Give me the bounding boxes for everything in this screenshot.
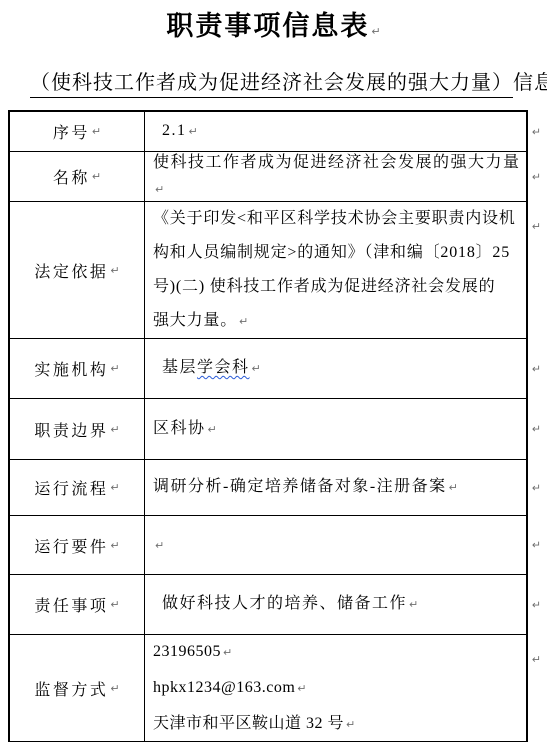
row-content: ↵ <box>145 516 526 574</box>
row-label-text: 序号 <box>53 120 90 143</box>
row-content: 《关于印发<和平区科学技术协会主要职责内设机 构和人员编制规定>的通知》（津和编… <box>145 202 526 338</box>
row-label-text: 职责边界 <box>34 418 108 441</box>
paragraph-mark: ↵ <box>409 598 418 611</box>
row-content: 使科技工作者成为促进经济社会发展的强大力量↵ <box>145 152 526 201</box>
table-row: 运行要件↵↵↵ <box>10 515 526 574</box>
row-content: 区科协↵ <box>145 399 526 459</box>
content-text: 23196505 <box>153 643 221 660</box>
subtitle-underlined-text: （使科技工作者成为促进经济社会发展的强大力量） <box>30 72 513 98</box>
row-label-text: 监督方式 <box>34 677 108 700</box>
row-end-paragraph-mark: ↵ <box>532 598 541 611</box>
content-line: 基层学会科↵ <box>153 355 522 382</box>
content-text-spellcheck-flagged: 学会科 <box>197 359 250 376</box>
row-end-paragraph-mark: ↵ <box>532 362 541 375</box>
content-line: 《关于印发<和平区科学技术协会主要职责内设机 构和人员编制规定>的通知》（津和编… <box>153 202 522 338</box>
info-table: 序号↵2.1↵↵名称↵使科技工作者成为促进经济社会发展的强大力量↵↵法定依据↵《… <box>8 110 528 742</box>
row-label: 运行流程↵ <box>10 460 145 515</box>
table-row: 序号↵2.1↵↵ <box>10 112 526 151</box>
content-line: 区科协↵ <box>153 416 522 443</box>
content-text: 调研分析-确定培养储备对象-注册备案 <box>153 478 447 495</box>
row-label: 监督方式↵ <box>10 635 145 741</box>
paragraph-mark: ↵ <box>110 423 119 436</box>
content-text: hpkx1234@163.com <box>153 679 295 696</box>
row-content: 基层学会科↵ <box>145 339 526 398</box>
content-line: 23196505↵ <box>153 635 522 670</box>
content-text: 《关于印发<和平区科学技术协会主要职责内设机 构和人员编制规定>的通知》（津和编… <box>153 210 516 329</box>
table-row: 职责边界↵区科协↵↵ <box>10 398 526 459</box>
content-line: 做好科技人才的培养、储备工作↵ <box>153 591 522 618</box>
paragraph-mark: ↵ <box>449 481 458 494</box>
row-label-text: 名称 <box>53 165 90 188</box>
paragraph-mark: ↵ <box>110 598 119 611</box>
table-row: 监督方式↵23196505↵hpkx1234@163.com↵天津市和平区鞍山道… <box>10 634 526 741</box>
content-line: ↵ <box>153 532 522 559</box>
row-end-paragraph-mark: ↵ <box>532 220 541 233</box>
content-text: 2.1 <box>162 122 187 139</box>
paragraph-mark: ↵ <box>110 682 119 695</box>
row-label-text: 责任事项 <box>34 593 108 616</box>
row-content: 调研分析-确定培养储备对象-注册备案↵ <box>145 460 526 515</box>
row-content: 23196505↵hpkx1234@163.com↵天津市和平区鞍山道 32 号… <box>145 635 526 741</box>
table-zone: 序号↵2.1↵↵名称↵使科技工作者成为促进经济社会发展的强大力量↵↵法定依据↵《… <box>8 110 528 742</box>
row-label: 实施机构↵ <box>10 339 145 398</box>
paragraph-mark: ↵ <box>208 423 217 436</box>
row-label: 责任事项↵ <box>10 575 145 634</box>
paragraph-mark: ↵ <box>110 362 119 375</box>
paragraph-mark: ↵ <box>92 125 101 138</box>
table-row: 法定依据↵《关于印发<和平区科学技术协会主要职责内设机 构和人员编制规定>的通知… <box>10 201 526 338</box>
paragraph-mark: ↵ <box>371 25 380 38</box>
row-label-text: 运行流程 <box>34 476 108 499</box>
row-end-paragraph-mark: ↵ <box>532 653 541 666</box>
row-label: 名称↵ <box>10 152 145 201</box>
paragraph-mark: ↵ <box>189 125 198 138</box>
table-row: 运行流程↵调研分析-确定培养储备对象-注册备案↵↵ <box>10 459 526 515</box>
row-label-text: 运行要件 <box>34 534 108 557</box>
content-text: 使科技工作者成为促进经济社会发展的强大力量 <box>153 154 521 171</box>
row-label: 职责边界↵ <box>10 399 145 459</box>
content-line: 调研分析-确定培养储备对象-注册备案↵ <box>153 474 522 501</box>
paragraph-mark: ↵ <box>92 170 101 183</box>
row-end-paragraph-mark: ↵ <box>532 125 541 138</box>
paragraph-mark: ↵ <box>239 315 248 328</box>
row-label: 运行要件↵ <box>10 516 145 574</box>
table-row: 名称↵使科技工作者成为促进经济社会发展的强大力量↵↵ <box>10 151 526 201</box>
paragraph-mark: ↵ <box>110 539 119 552</box>
row-end-paragraph-mark: ↵ <box>532 170 541 183</box>
row-label-text: 法定依据 <box>34 259 108 282</box>
row-end-paragraph-mark: ↵ <box>532 481 541 494</box>
row-end-paragraph-mark: ↵ <box>532 423 541 436</box>
page-title-text: 职责事项信息表 <box>166 11 369 41</box>
paragraph-mark: ↵ <box>155 183 164 196</box>
content-text: 做好科技人才的培养、储备工作 <box>162 595 407 612</box>
content-text: 基层 <box>162 359 197 376</box>
content-line: 2.1↵ <box>153 118 522 145</box>
row-label-text: 实施机构 <box>34 357 108 380</box>
paragraph-mark: ↵ <box>346 718 355 731</box>
content-line: hpkx1234@163.com↵ <box>153 670 522 706</box>
row-end-paragraph-mark: ↵ <box>532 539 541 552</box>
paragraph-mark: ↵ <box>297 682 306 695</box>
paragraph-mark: ↵ <box>110 481 119 494</box>
content-line: 天津市和平区鞍山道 32 号↵ <box>153 706 522 741</box>
page-title: 职责事项信息表↵ <box>0 10 547 48</box>
paragraph-mark: ↵ <box>110 264 119 277</box>
table-row: 责任事项↵做好科技人才的培养、储备工作↵↵ <box>10 574 526 634</box>
row-content: 做好科技人才的培养、储备工作↵ <box>145 575 526 634</box>
paragraph-mark: ↵ <box>223 646 232 659</box>
content-line: 使科技工作者成为促进经济社会发展的强大力量↵ <box>153 152 522 201</box>
subtitle: （使科技工作者成为促进经济社会发展的强大力量）信息表↵ <box>30 70 547 99</box>
paragraph-mark: ↵ <box>252 362 261 375</box>
row-content: 2.1↵ <box>145 112 526 151</box>
row-label: 序号↵ <box>10 112 145 151</box>
row-label: 法定依据↵ <box>10 202 145 338</box>
table-row: 实施机构↵基层学会科↵↵ <box>10 338 526 398</box>
content-text: 区科协 <box>153 420 206 437</box>
paragraph-mark: ↵ <box>155 539 164 552</box>
content-text: 天津市和平区鞍山道 32 号 <box>153 715 344 732</box>
subtitle-suffix-text: 信息表 <box>513 72 547 94</box>
